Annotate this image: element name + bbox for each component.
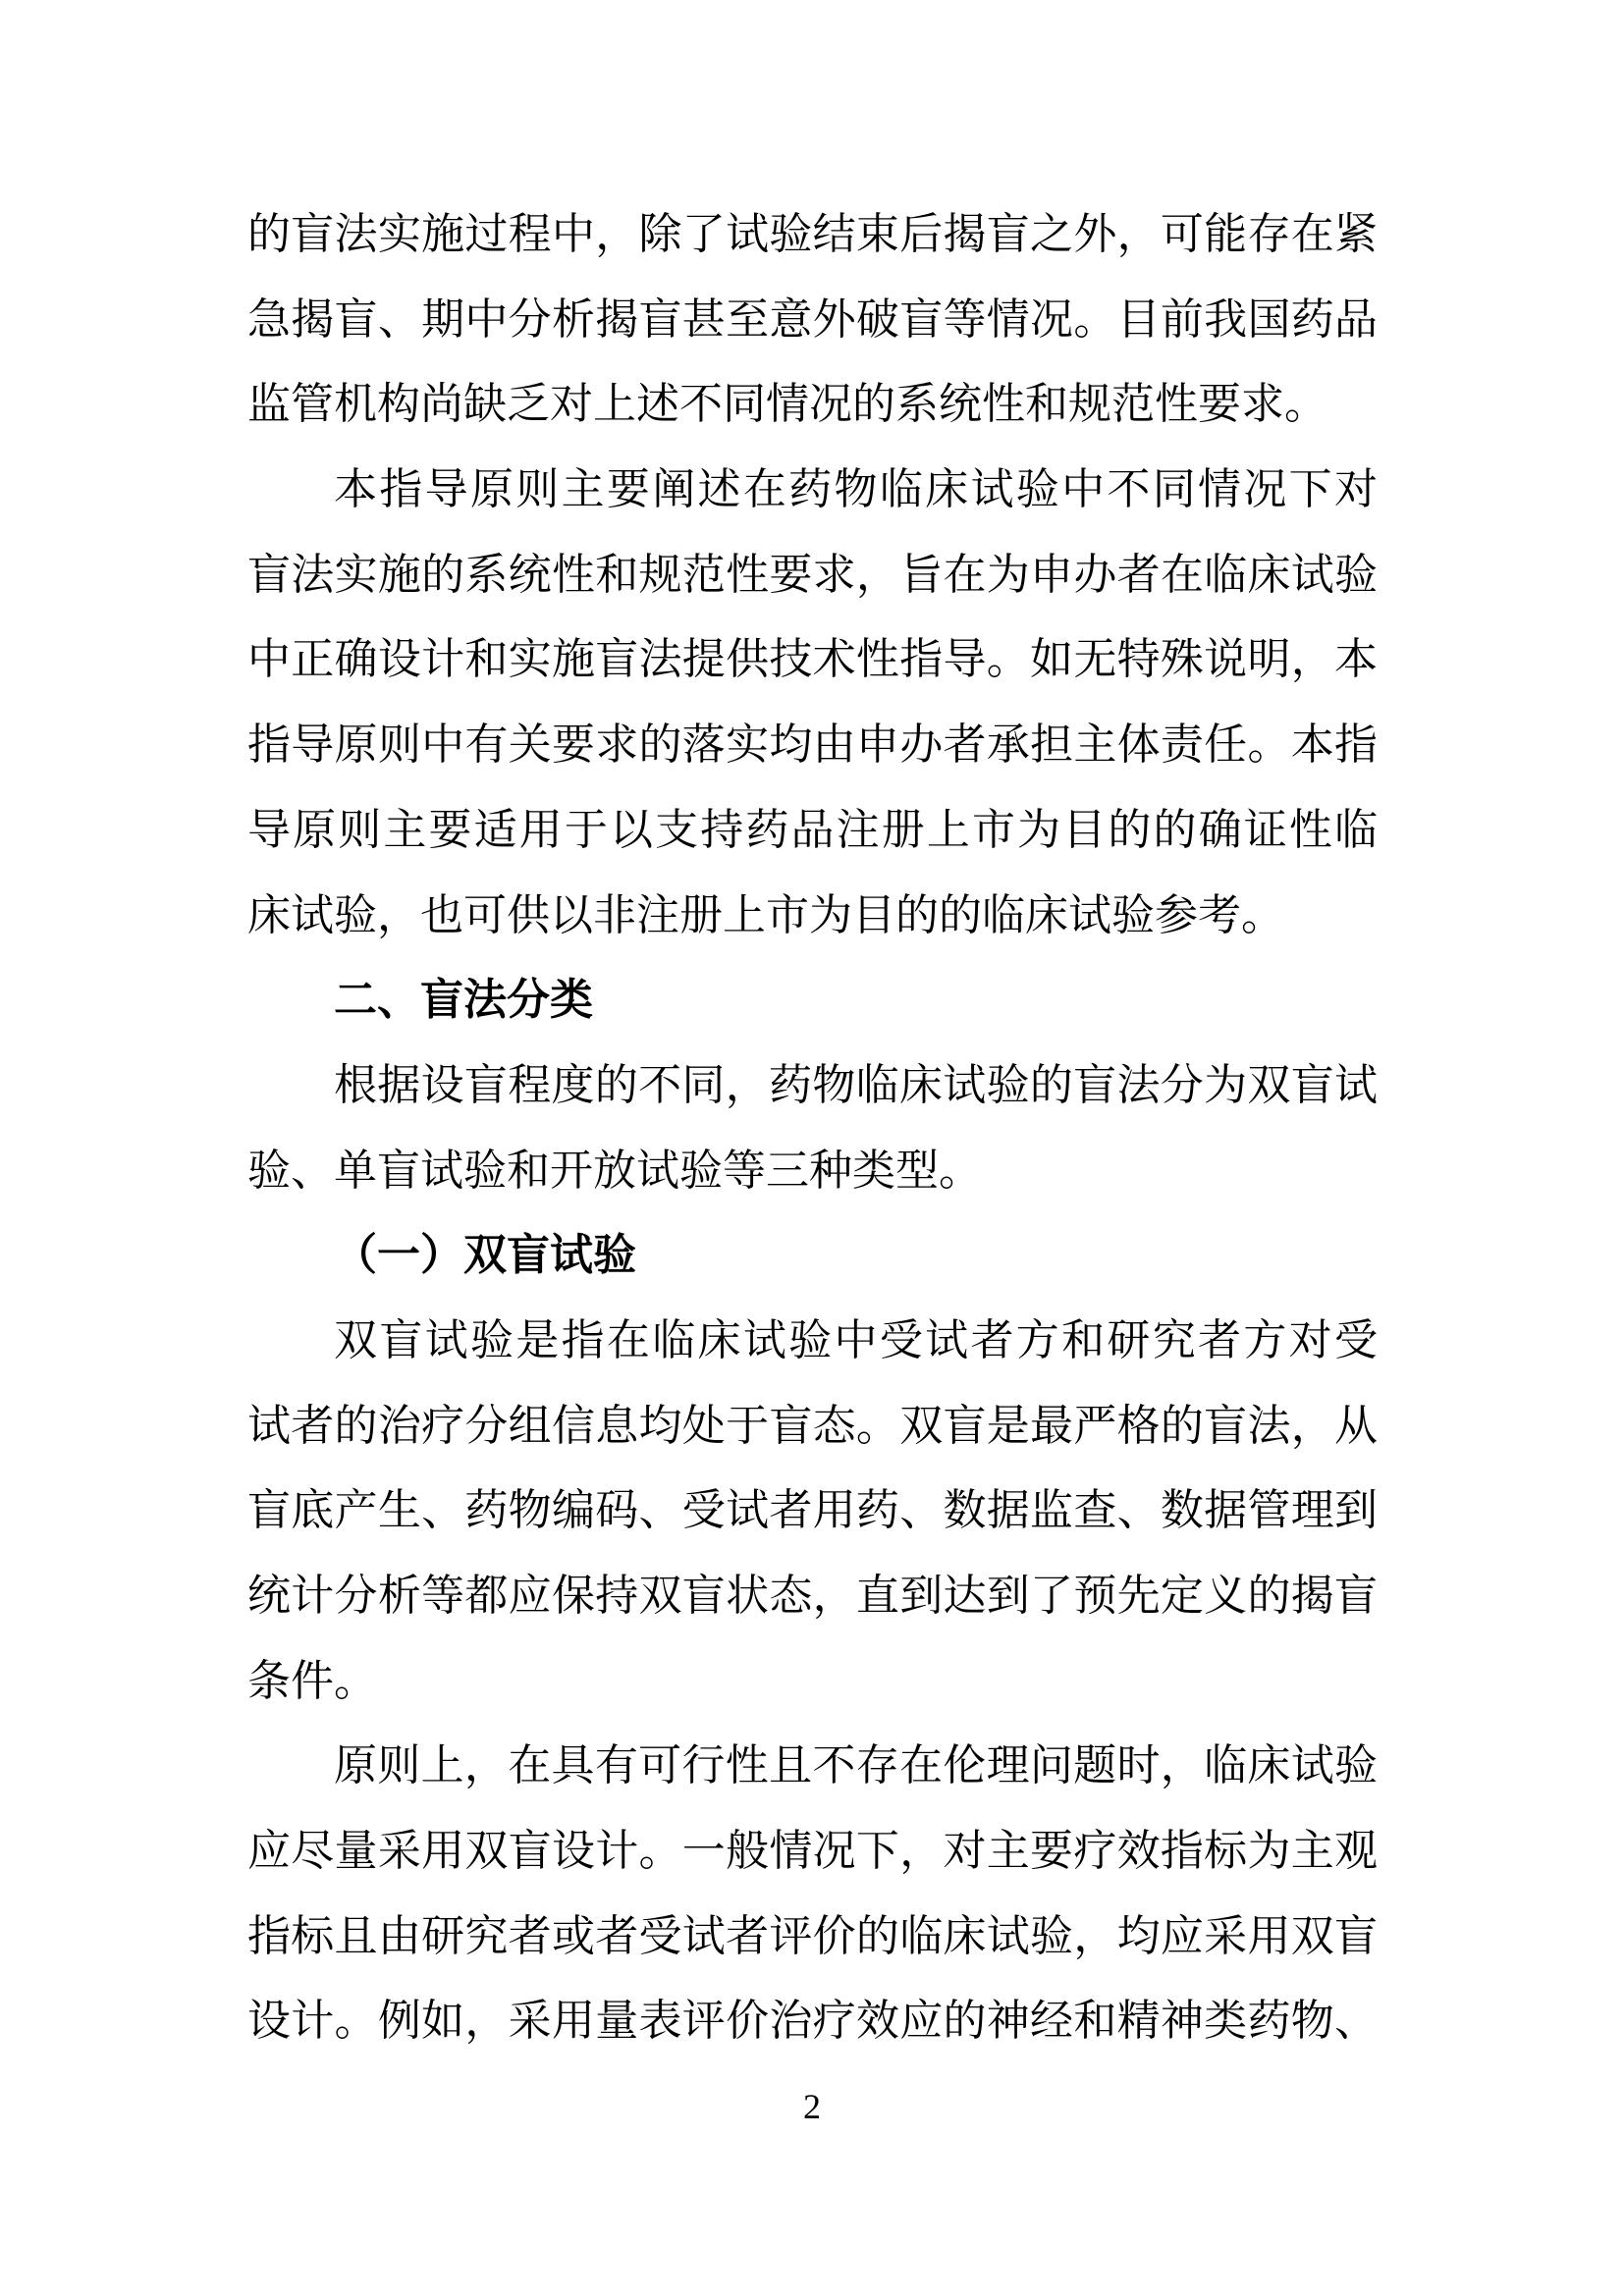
text-line: 急揭盲、期中分析揭盲甚至意外破盲等情况。目前我国药品 xyxy=(247,278,1378,363)
text-line: 监管机构尚缺乏对上述不同情况的系统性和规范性要求。 xyxy=(247,362,1378,448)
text-line: 指导原则中有关要求的落实均由申办者承担主体责任。本指 xyxy=(247,703,1378,788)
text-line: 统计分析等都应保持双盲状态，直到达到了预先定义的揭盲 xyxy=(247,1554,1378,1639)
text-line: 试者的治疗分组信息均处于盲态。双盲是最严格的盲法，从 xyxy=(247,1384,1378,1469)
text-line: 指标且由研究者或者受试者评价的临床试验，均应采用双盲 xyxy=(247,1895,1378,1980)
document-body: 的盲法实施过程中，除了试验结束后揭盲之外，可能存在紧 急揭盲、期中分析揭盲甚至意… xyxy=(247,192,1378,2064)
text-line: 的盲法实施过程中，除了试验结束后揭盲之外，可能存在紧 xyxy=(247,192,1378,278)
text-line: 应尽量采用双盲设计。一般情况下，对主要疗效指标为主观 xyxy=(247,1809,1378,1895)
text-line: 双盲试验是指在临床试验中受试者方和研究者方对受 xyxy=(247,1299,1378,1384)
heading-section-blinding-classification: 二、盲法分类 xyxy=(247,958,1378,1043)
heading-subsection-double-blind: （一）双盲试验 xyxy=(247,1213,1378,1299)
text-line: 验、单盲试验和开放试验等三种类型。 xyxy=(247,1129,1378,1214)
text-line: 中正确设计和实施盲法提供技术性指导。如无特殊说明，本 xyxy=(247,617,1378,703)
text-line: 条件。 xyxy=(247,1639,1378,1725)
text-line: 设计。例如，采用量表评价治疗效应的神经和精神类药物、 xyxy=(247,1979,1378,2064)
text-line: 床试验，也可供以非注册上市为目的的临床试验参考。 xyxy=(247,874,1378,959)
document-page: 的盲法实施过程中，除了试验结束后揭盲之外，可能存在紧 急揭盲、期中分析揭盲甚至意… xyxy=(0,0,1624,2296)
text-line: 盲法实施的系统性和规范性要求，旨在为申办者在临床试验 xyxy=(247,533,1378,618)
text-line: 根据设盲程度的不同，药物临床试验的盲法分为双盲试 xyxy=(247,1043,1378,1129)
page-number: 2 xyxy=(0,2077,1624,2136)
text-line: 盲底产生、药物编码、受试者用药、数据监查、数据管理到 xyxy=(247,1468,1378,1554)
text-line: 导原则主要适用于以支持药品注册上市为目的的确证性临 xyxy=(247,788,1378,874)
text-line: 本指导原则主要阐述在药物临床试验中不同情况下对 xyxy=(247,448,1378,533)
text-line: 原则上，在具有可行性且不存在伦理问题时，临床试验 xyxy=(247,1724,1378,1809)
